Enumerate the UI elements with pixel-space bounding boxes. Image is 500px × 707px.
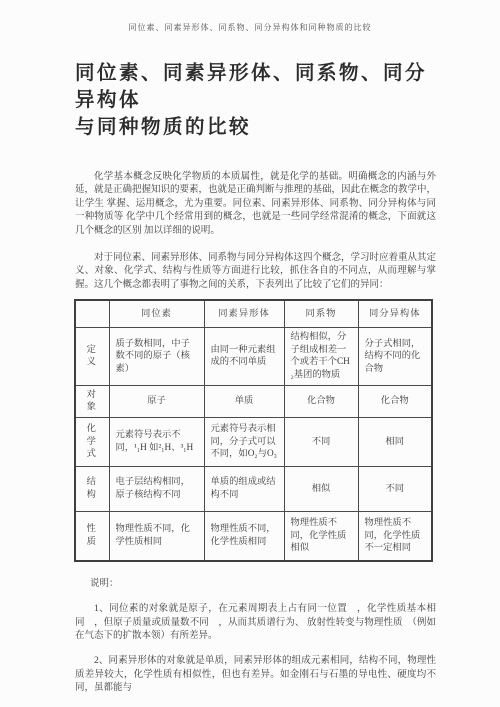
table-header-row: 同位素 同素异形体 同系物 同分异构体 — [75, 300, 432, 328]
comparison-intro-paragraph: 对于同位素、同素异形体、同系物与同分异构体这四个概念，学习时应着重从其定义、对象… — [75, 252, 436, 292]
table-row-definition: 定义 质子数相同，中子数不同的原子（核素） 由同一种元素组成的不同单质 结构相似… — [75, 328, 432, 385]
document-page: 同位素、同素异形体、同系物、同分异构体和同种物质的比较 同位素、同素异形体、同系… — [0, 0, 500, 707]
page-title-line1: 同位素、同素异形体、同系物、同分异构体 — [75, 63, 427, 111]
row-label-definition: 定义 — [75, 328, 109, 385]
table-row-formula: 化学式 元素符号表示不同，¹₁H 如²₁H、³₁H 元素符号表示相同，分子式可以… — [75, 417, 432, 466]
cell-structure-homolog: 相似 — [284, 466, 358, 511]
cell-definition-allotrope: 由同一种元素组成的不同单质 — [204, 328, 284, 385]
notes-heading: 说明： — [90, 578, 436, 591]
column-header-homolog: 同系物 — [284, 300, 358, 328]
cell-definition-isomer: 分子式相同，结构不同的化合物 — [358, 328, 432, 385]
cell-object-allotrope: 单质 — [204, 385, 284, 417]
page-title-line2: 与同种物质的比较 — [75, 117, 251, 138]
cell-object-homolog: 化合物 — [284, 385, 358, 417]
row-label-properties: 性质 — [75, 511, 109, 561]
table-row-structure: 结构 电子层结构相同，原子核结构不同 单质的组成或结构不同 相似 不同 — [75, 466, 432, 511]
page-title: 同位素、同素异形体、同系物、同分异构体 与同种物质的比较 — [75, 60, 442, 141]
note-item-1: 1、同位素的对象就是原子，在元素周期表上占有同一位置 ，化学性质基本相同 ，但原… — [75, 603, 436, 643]
cell-properties-allotrope: 物理性质不同，化学性质相同 — [204, 511, 284, 561]
running-header: 同位素、同素异形体、同系物、同分异构体和同种物质的比较 — [0, 0, 500, 33]
row-label-formula: 化学式 — [75, 417, 109, 466]
column-header-allotrope: 同素异形体 — [204, 300, 284, 328]
cell-formula-isotope: 元素符号表示不同，¹₁H 如²₁H、³₁H — [109, 417, 204, 466]
cell-definition-isotope: 质子数相同，中子数不同的原子（核素） — [109, 328, 204, 385]
table-row-properties: 性质 物理性质不同，化学性质相同 物理性质不同，化学性质相同 物理性质不同，化学… — [75, 511, 432, 561]
cell-formula-homolog: 不同 — [284, 417, 358, 466]
cell-object-isomer: 化合物 — [358, 385, 432, 417]
table-corner-cell — [75, 300, 109, 328]
row-label-object: 对象 — [75, 385, 109, 417]
column-header-isotope: 同位素 — [109, 300, 204, 328]
cell-formula-allotrope: 元素符号表示相同，分子式可以不同，如O₂与O₃ — [204, 417, 284, 466]
cell-properties-homolog: 物理性质不同，化学性质相似 — [284, 511, 358, 561]
cell-structure-allotrope: 单质的组成或结构不同 — [204, 466, 284, 511]
cell-structure-isotope: 电子层结构相同，原子核结构不同 — [109, 466, 204, 511]
cell-structure-isomer: 不同 — [358, 466, 432, 511]
column-header-isomer: 同分异构体 — [358, 300, 432, 328]
comparison-table: 同位素 同素异形体 同系物 同分异构体 定义 质子数相同，中子数不同的原子（核素… — [74, 299, 433, 562]
table-row-object: 对象 原子 单质 化合物 化合物 — [75, 385, 432, 417]
intro-paragraph: 化学基本概念反映化学物质的本质属性，就是化学的基础。明确概念的内涵与外延，就是正… — [75, 171, 436, 238]
row-label-structure: 结构 — [75, 466, 109, 511]
cell-properties-isotope: 物理性质不同，化学性质相同 — [109, 511, 204, 561]
note-item-2: 2、同素异形体的对象就是单质，同素异形体的组成元素相同，结构不同，物理性质差异较… — [75, 655, 436, 695]
cell-object-isotope: 原子 — [109, 385, 204, 417]
cell-definition-homolog: 结构相似，分子组成相差一个或若干个CH₂基团的物质 — [284, 328, 358, 385]
cell-formula-isomer: 相同 — [358, 417, 432, 466]
cell-properties-isomer: 物理性质不同，化学性质不一定相同 — [358, 511, 432, 561]
